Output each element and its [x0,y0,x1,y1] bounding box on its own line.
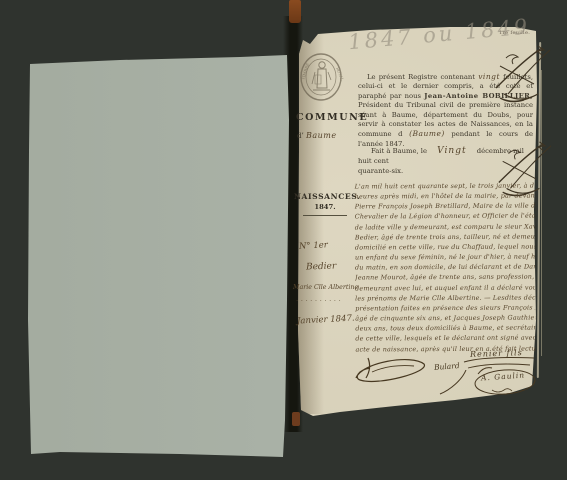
paraph-flourish-top-icon [486,44,556,104]
act-number-note: N° 1er [299,240,328,251]
section-title: NAISSANCES. [294,192,356,201]
signature-left-flourish-icon [350,352,434,394]
act-line: demeurant avec lui, et auquel enfant il … [355,282,535,293]
date-day-handwritten: Vingt [437,146,466,156]
signature-right-bottom-oval-icon [472,364,538,398]
spine-leather-bottom [292,412,300,426]
act-line: Chevalier de la Légion d'honneur, et Off… [355,211,535,222]
act-line: Jeanne Mourot, âgée de trente ans, sans … [355,272,535,283]
scanned-register-page: 1re feuille. 1847 ou 1849 TIMBRE ROYAL C… [0,0,567,480]
margin-dotted-line: .......... [296,295,343,303]
commune-inline-handwritten: (Baume) [409,129,445,138]
dateline-part3: quarante-six. [358,167,403,175]
section-rule [303,215,347,216]
signature-middle-tail-icon [436,370,476,396]
paragraph-part1: Le présent Registre contenant [367,73,475,81]
timbre-royal-stamp-icon: TIMBRE ROYAL [298,50,344,104]
section-year: 1847. [294,203,356,211]
act-given-names-note: Marie Clle Albertine [293,284,359,291]
act-surname-note: Bedier [306,261,337,272]
commune-name-handwritten: Baume [306,131,337,140]
birth-act-manuscript: L'an mil huit cent quarante sept, le tro… [355,181,536,355]
act-line: de ladite ville y demeurant, est comparu… [355,221,535,232]
act-line: de cette ville, lesquels et le déclarant… [355,333,535,344]
page-stack-edge [541,70,542,356]
stamp-text-right: ROYAL [335,67,344,82]
flourish-mark: ’ [301,132,303,140]
dateline-part1: Fait à Baume, le [371,147,427,155]
commune-name-line: d’ Baume [297,131,359,140]
margin-section-header: NAISSANCES. 1847. [294,192,356,216]
stamp-text-left: TIMBRE [300,62,310,80]
commune-title: COMMUNE [296,112,360,123]
spine-leather-top [289,0,301,23]
